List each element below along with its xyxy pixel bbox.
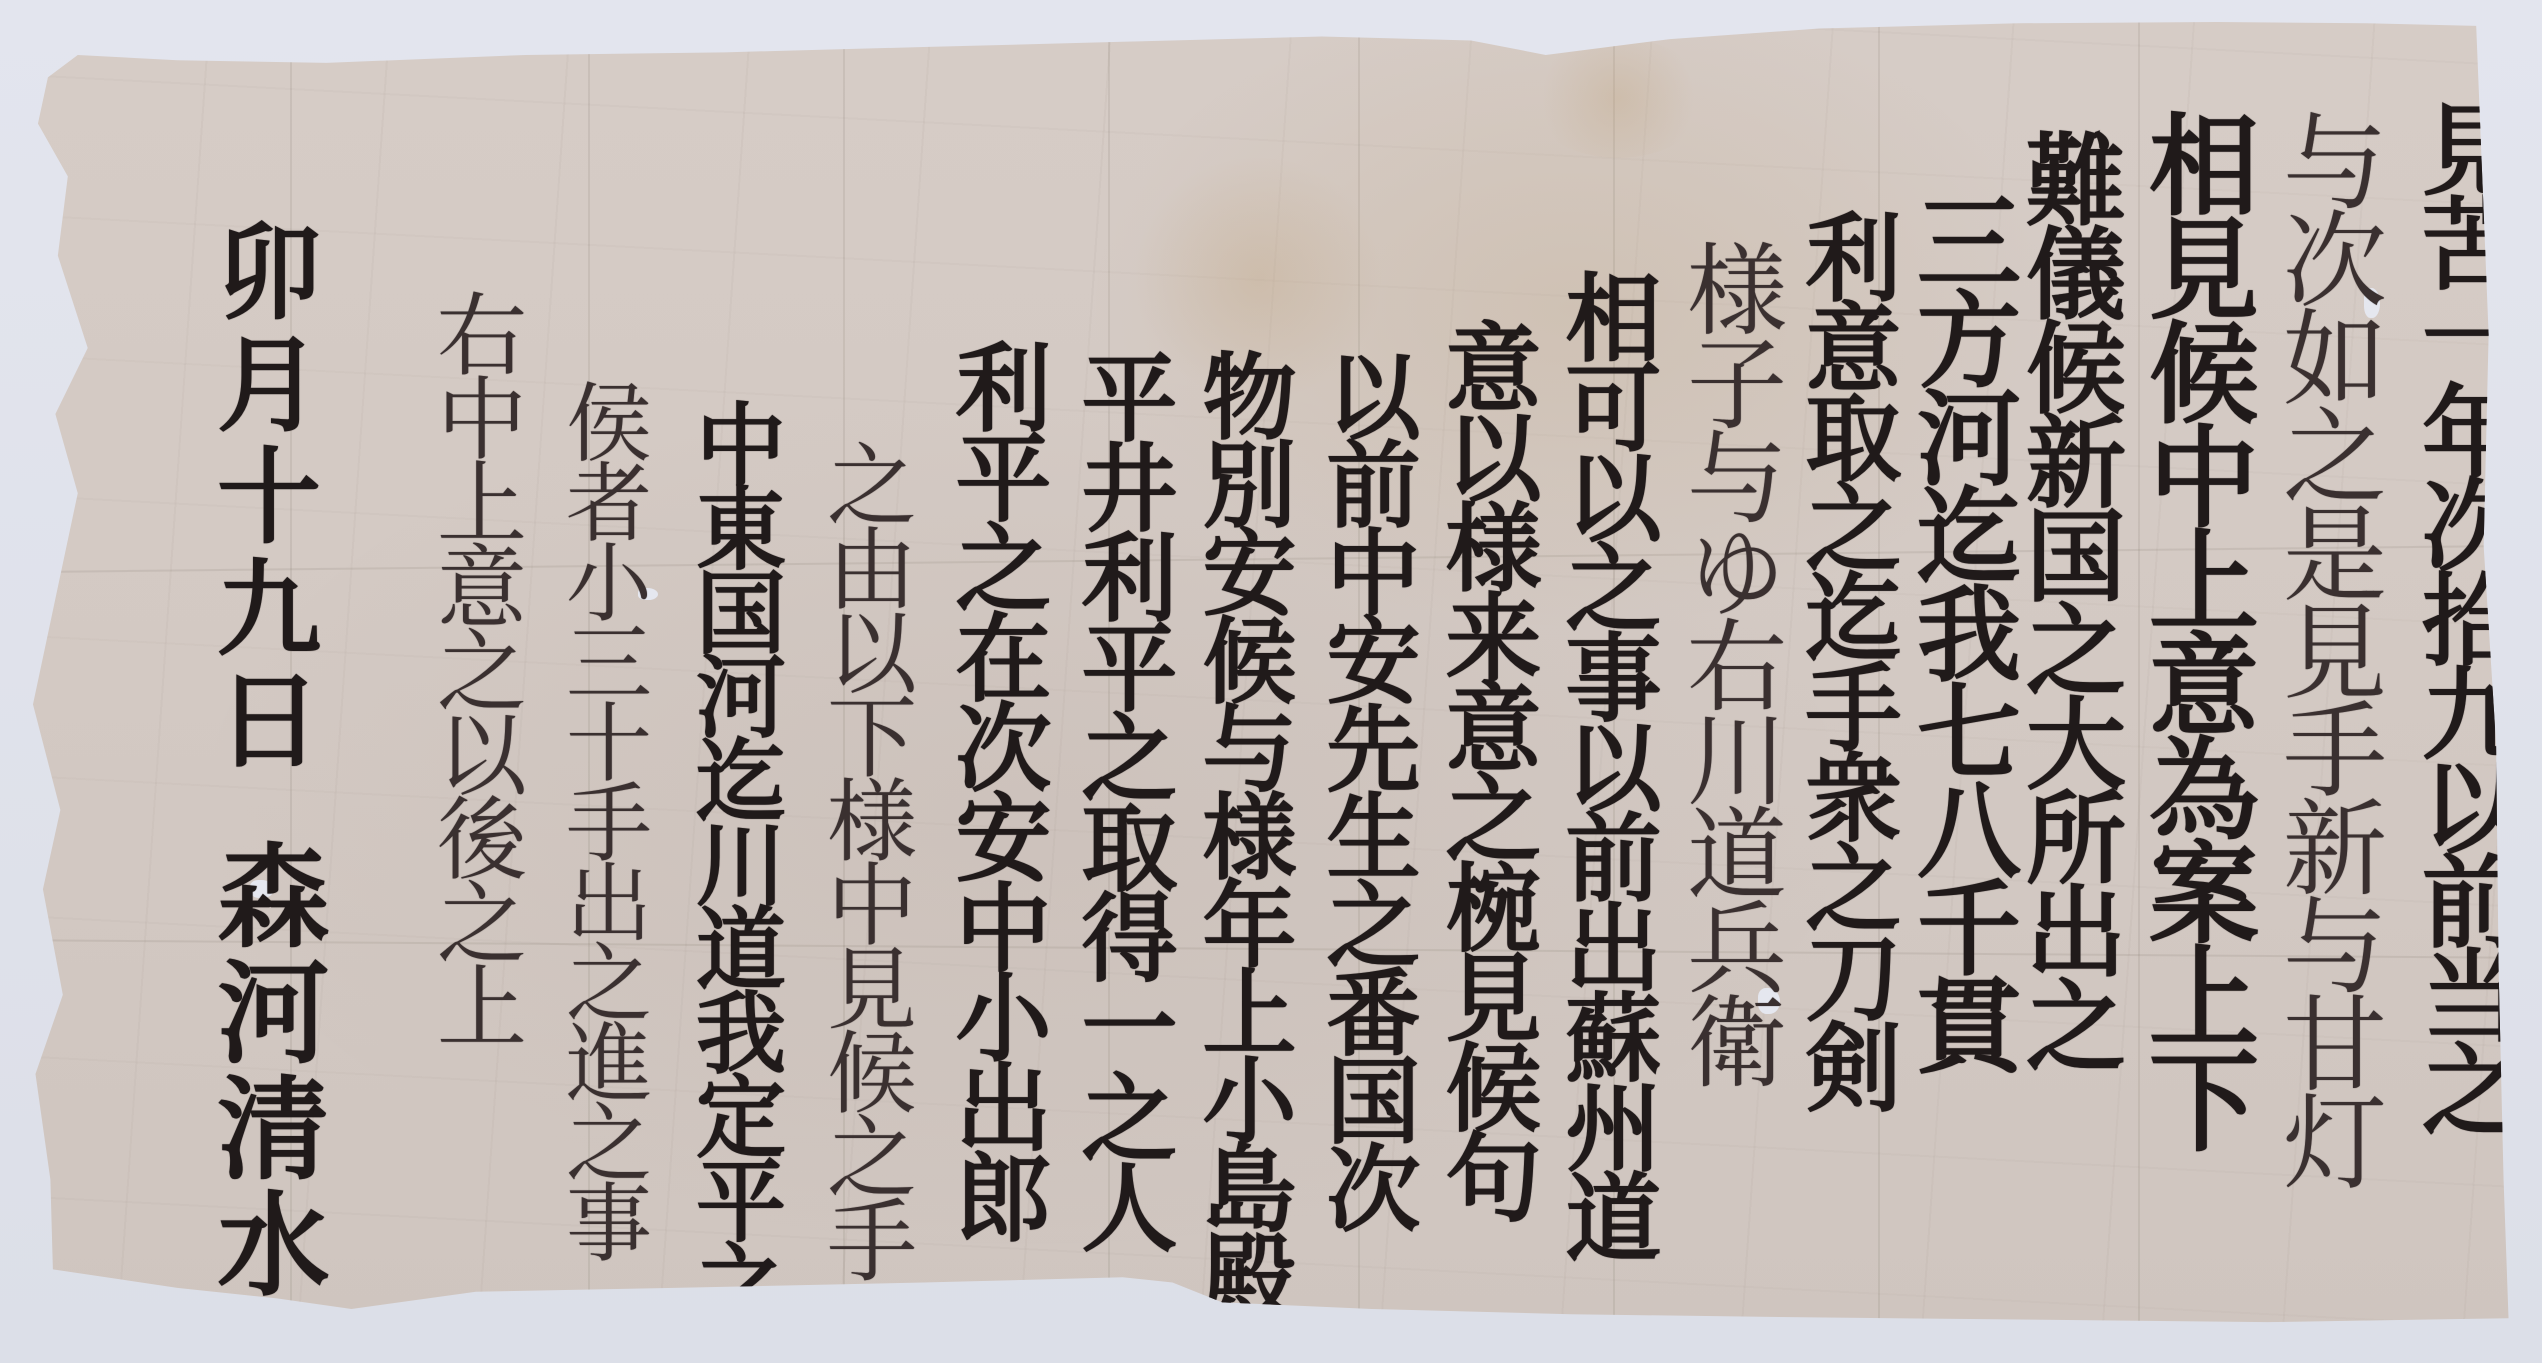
text-column-6: 利意取之迄手衆之刀剣 — [1798, 208, 1894, 1108]
text-column-9: 意以様来意之椀見候句 — [1438, 318, 1534, 1218]
text-column-11: 物別安候与様年上小島殿 — [1194, 348, 1288, 1316]
letter-paper: 見苦一年次拾九以前当之 与次如之是見手新与甘灯 相見候中上意為案上下 難儀候新国… — [28, 18, 2516, 1338]
text-column-1: 見苦一年次拾九以前当之 — [2414, 98, 2514, 1132]
signature: 森河清水 — [208, 838, 320, 1302]
text-column-17: 右中上意之以後之上 — [428, 288, 518, 1044]
text-column-2: 与次如之是見手新与甘灯 — [2274, 108, 2378, 1186]
photo-backdrop: 見苦一年次拾九以前当之 与次如之是見手新与甘灯 相見候中上意為案上下 難儀候新国… — [0, 0, 2542, 1363]
date-line: 卯月十九日 — [208, 218, 312, 778]
text-column-4: 難儀候新国之大所出之 — [2018, 128, 2118, 1068]
text-column-16: 侯者小三十手出之進之事 — [558, 378, 644, 1258]
text-column-15: 中東国河迄川道我定平之 — [688, 398, 778, 1322]
text-column-10: 以前中安先生之番国次 — [1318, 348, 1412, 1228]
text-column-5: 三方河迄我七八千貫 — [1908, 188, 2012, 1070]
text-column-3: 相見候中上意為案上下 — [2140, 108, 2250, 1148]
age-stain — [1528, 38, 1708, 158]
text-column-8: 相可以之事以前出蘇州道 — [1558, 268, 1654, 1258]
text-column-14: 之由以下様中見候之手 — [818, 438, 908, 1278]
text-column-12: 平井利平之取得一之人 — [1074, 348, 1170, 1248]
text-column-13: 利平之在次安中小出郎 — [948, 338, 1044, 1238]
text-column-7: 様子与ゆ右川道兵衛 — [1678, 238, 1778, 1084]
